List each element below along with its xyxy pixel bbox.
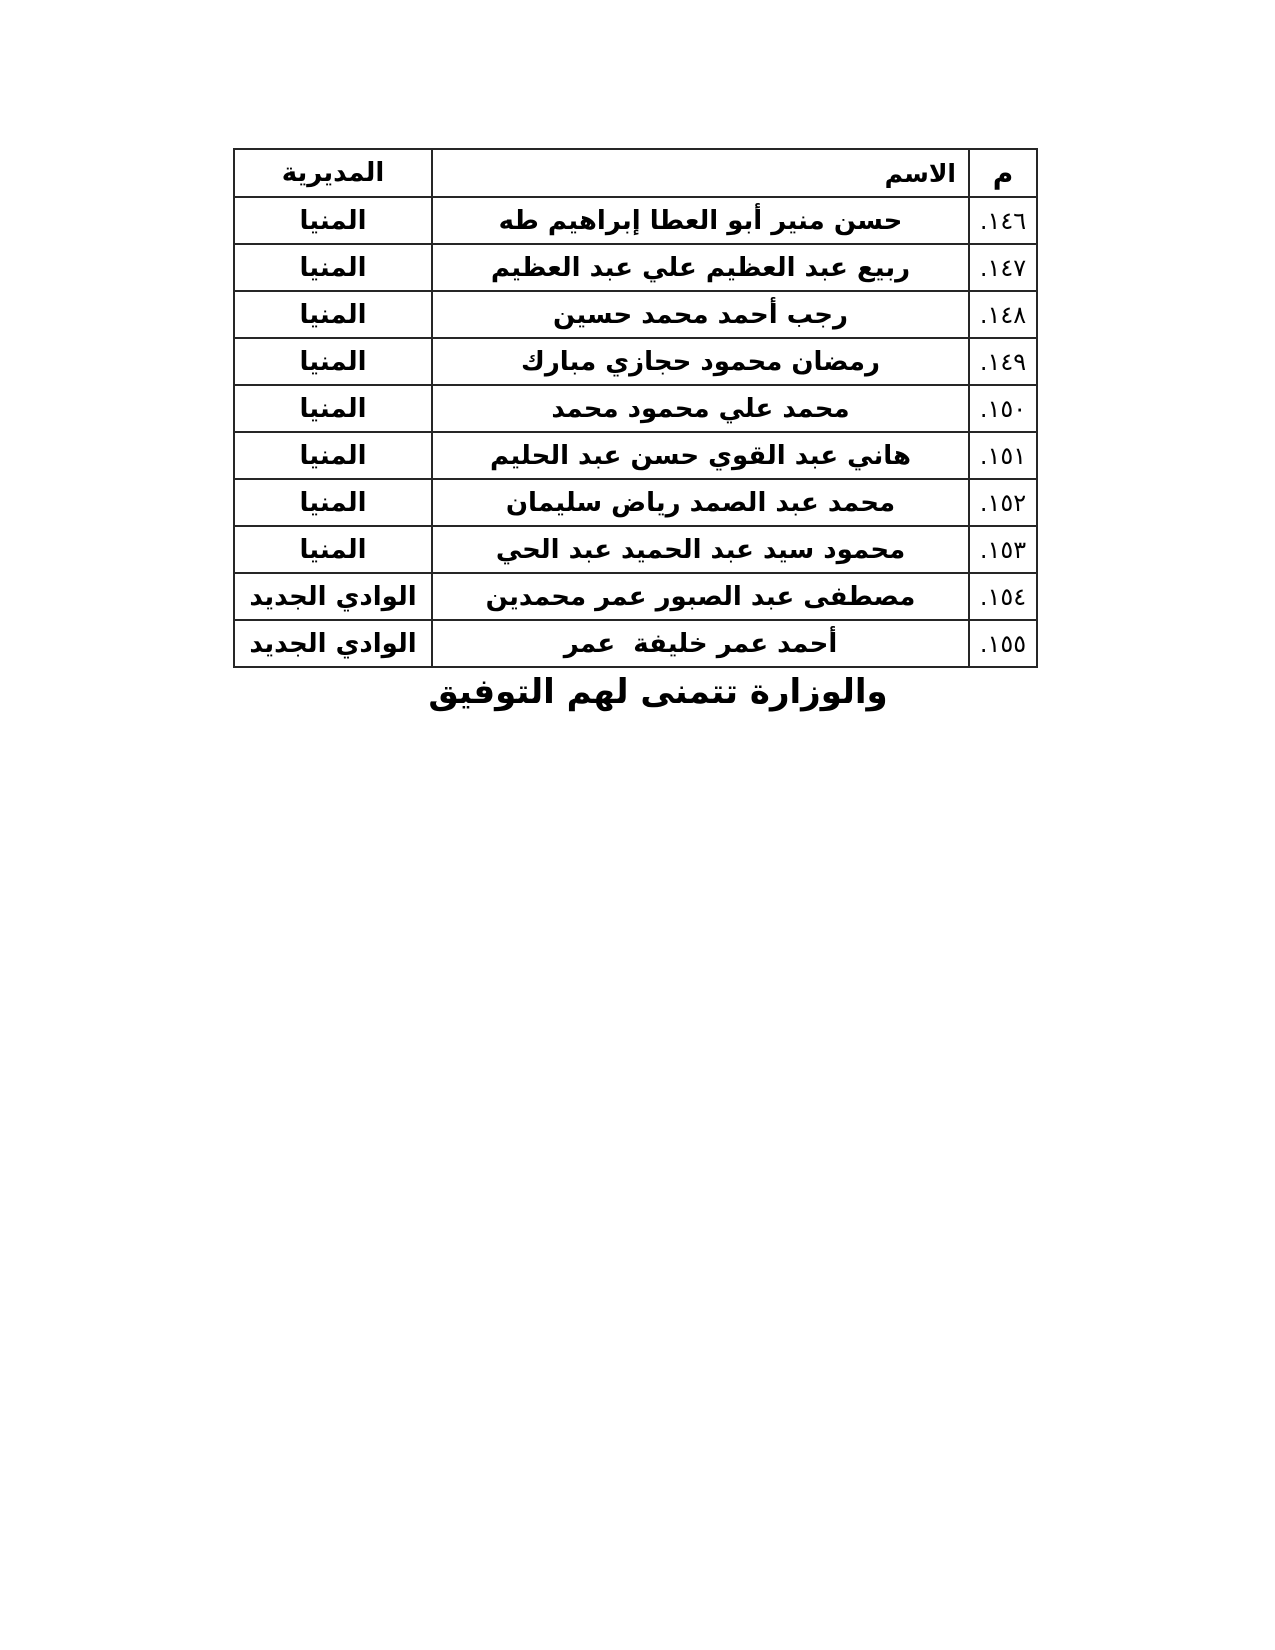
name-cell: أحمد عمر خليفة عمر xyxy=(432,620,969,667)
directorate-cell: المنيا xyxy=(234,244,432,291)
closing-note: والوزارة تتمنى لهم التوفيق xyxy=(278,672,1038,712)
directorate-cell: المنيا xyxy=(234,385,432,432)
name-cell: ربيع عبد العظيم علي عبد العظيم xyxy=(432,244,969,291)
roster-table: م الاسم المديرية ١٤٦. حسن منير أبو العطا… xyxy=(233,148,1038,668)
name-header-cell: الاسم xyxy=(432,149,969,197)
directorate-cell: المنيا xyxy=(234,526,432,573)
table-row: ١٥٥. أحمد عمر خليفة عمر الوادي الجديد xyxy=(234,620,1037,667)
serial-header-cell: م xyxy=(969,149,1037,197)
table-row: ١٥٠. محمد علي محمود محمد المنيا xyxy=(234,385,1037,432)
table-row: ١٥١. هاني عبد القوي حسن عبد الحليم المني… xyxy=(234,432,1037,479)
directorate-cell: المنيا xyxy=(234,338,432,385)
directorate-header-cell: المديرية xyxy=(234,149,432,197)
name-cell: رمضان محمود حجازي مبارك xyxy=(432,338,969,385)
serial-cell: ١٤٦. xyxy=(969,197,1037,244)
name-cell: محمود سيد عبد الحميد عبد الحي xyxy=(432,526,969,573)
serial-cell: ١٥١. xyxy=(969,432,1037,479)
table-row: ١٤٩. رمضان محمود حجازي مبارك المنيا xyxy=(234,338,1037,385)
serial-cell: ١٤٧. xyxy=(969,244,1037,291)
table-row: ١٥٣. محمود سيد عبد الحميد عبد الحي المني… xyxy=(234,526,1037,573)
header-row: م الاسم المديرية xyxy=(234,149,1037,197)
name-cell: محمد علي محمود محمد xyxy=(432,385,969,432)
name-cell: محمد عبد الصمد رياض سليمان xyxy=(432,479,969,526)
name-cell: مصطفى عبد الصبور عمر محمدين xyxy=(432,573,969,620)
serial-cell: ١٤٨. xyxy=(969,291,1037,338)
table-row: ١٤٧. ربيع عبد العظيم علي عبد العظيم المن… xyxy=(234,244,1037,291)
table-row: ١٤٦. حسن منير أبو العطا إبراهيم طه المني… xyxy=(234,197,1037,244)
serial-cell: ١٥٥. xyxy=(969,620,1037,667)
name-cell: رجب أحمد محمد حسين xyxy=(432,291,969,338)
table-row: ١٤٨. رجب أحمد محمد حسين المنيا xyxy=(234,291,1037,338)
name-cell: حسن منير أبو العطا إبراهيم طه xyxy=(432,197,969,244)
serial-cell: ١٥٣. xyxy=(969,526,1037,573)
name-cell: هاني عبد القوي حسن عبد الحليم xyxy=(432,432,969,479)
directorate-cell: المنيا xyxy=(234,197,432,244)
table-row: ١٥٢. محمد عبد الصمد رياض سليمان المنيا xyxy=(234,479,1037,526)
directorate-cell: الوادي الجديد xyxy=(234,620,432,667)
page: م الاسم المديرية ١٤٦. حسن منير أبو العطا… xyxy=(0,0,1275,1650)
serial-cell: ١٥٠. xyxy=(969,385,1037,432)
directorate-cell: الوادي الجديد xyxy=(234,573,432,620)
serial-cell: ١٤٩. xyxy=(969,338,1037,385)
roster-table-header: م الاسم المديرية xyxy=(234,149,1037,197)
serial-cell: ١٥٤. xyxy=(969,573,1037,620)
directorate-cell: المنيا xyxy=(234,432,432,479)
roster-table-body: ١٤٦. حسن منير أبو العطا إبراهيم طه المني… xyxy=(234,197,1037,667)
directorate-cell: المنيا xyxy=(234,479,432,526)
directorate-cell: المنيا xyxy=(234,291,432,338)
table-row: ١٥٤. مصطفى عبد الصبور عمر محمدين الوادي … xyxy=(234,573,1037,620)
serial-cell: ١٥٢. xyxy=(969,479,1037,526)
